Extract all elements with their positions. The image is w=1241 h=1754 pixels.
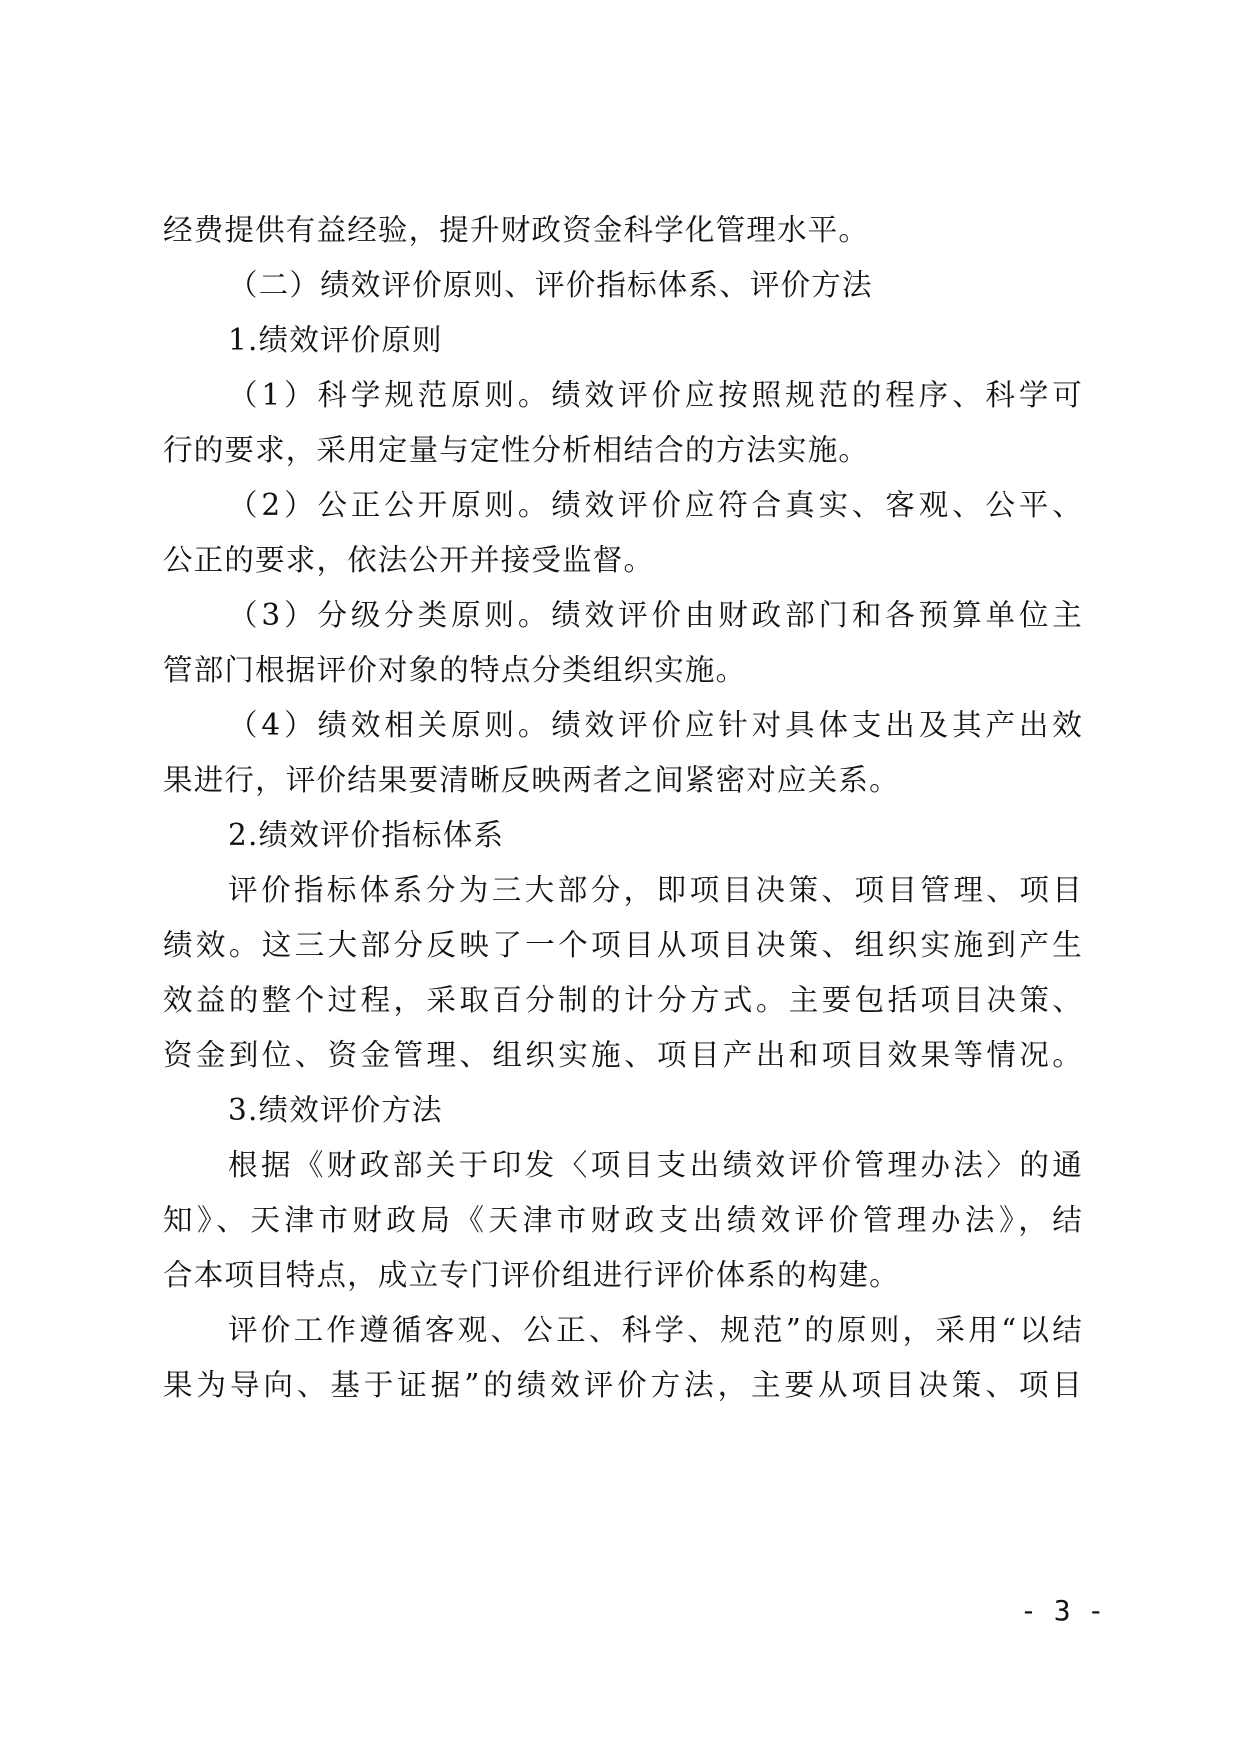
principle-4-line-2: 果进行，评价结果要清晰反映两者之间紧密对应关系。	[163, 758, 1083, 802]
principle-1-line-2: 行的要求，采用定量与定性分析相结合的方法实施。	[163, 428, 1083, 472]
principle-2-line-1: （2）公正公开原则。绩效评价应符合真实、客观、公平、	[228, 483, 1083, 527]
indicator-para-line-2: 绩效。这三大部分反映了一个项目从项目决策、组织实施到产生	[163, 923, 1083, 967]
method-para-line-2: 知》、天津市财政局《天津市财政支出绩效评价管理办法》，结	[163, 1198, 1083, 1242]
principle-4-line-1: （4）绩效相关原则。绩效评价应针对具体支出及其产出效	[228, 703, 1083, 747]
indicator-para-line-4: 资金到位、资金管理、组织实施、项目产出和项目效果等情况。	[163, 1033, 1083, 1077]
evaluation-para-line-2: 果为导向、基于证据”的绩效评价方法，主要从项目决策、项目	[163, 1363, 1083, 1407]
page-number: - 3 -	[1020, 1593, 1100, 1629]
section-heading-2: （二）绩效评价原则、评价指标体系、评价方法	[228, 263, 1083, 307]
principle-2-line-2: 公正的要求，依法公开并接受监督。	[163, 538, 1083, 582]
principle-3-line-1: （3）分级分类原则。绩效评价由财政部门和各预算单位主	[228, 593, 1083, 637]
indicator-para-line-1: 评价指标体系分为三大部分，即项目决策、项目管理、项目	[228, 868, 1083, 912]
indicator-para-line-3: 效益的整个过程，采取百分制的计分方式。主要包括项目决策、	[163, 978, 1083, 1022]
subheading-indicator-system: 2.绩效评价指标体系	[228, 813, 1083, 857]
subheading-method: 3.绩效评价方法	[228, 1088, 1083, 1132]
body-line-1: 经费提供有益经验，提升财政资金科学化管理水平。	[163, 208, 1083, 252]
document-page: 经费提供有益经验，提升财政资金科学化管理水平。 （二）绩效评价原则、评价指标体系…	[0, 0, 1241, 1754]
evaluation-para-line-1: 评价工作遵循客观、公正、科学、规范”的原则，采用“以结	[228, 1308, 1083, 1352]
subheading-principles: 1.绩效评价原则	[228, 318, 1083, 362]
principle-3-line-2: 管部门根据评价对象的特点分类组织实施。	[163, 648, 1083, 692]
method-para-line-1: 根据《财政部关于印发〈项目支出绩效评价管理办法〉的通	[228, 1143, 1083, 1187]
method-para-line-3: 合本项目特点，成立专门评价组进行评价体系的构建。	[163, 1253, 1083, 1297]
principle-1-line-1: （1）科学规范原则。绩效评价应按照规范的程序、科学可	[228, 373, 1083, 417]
